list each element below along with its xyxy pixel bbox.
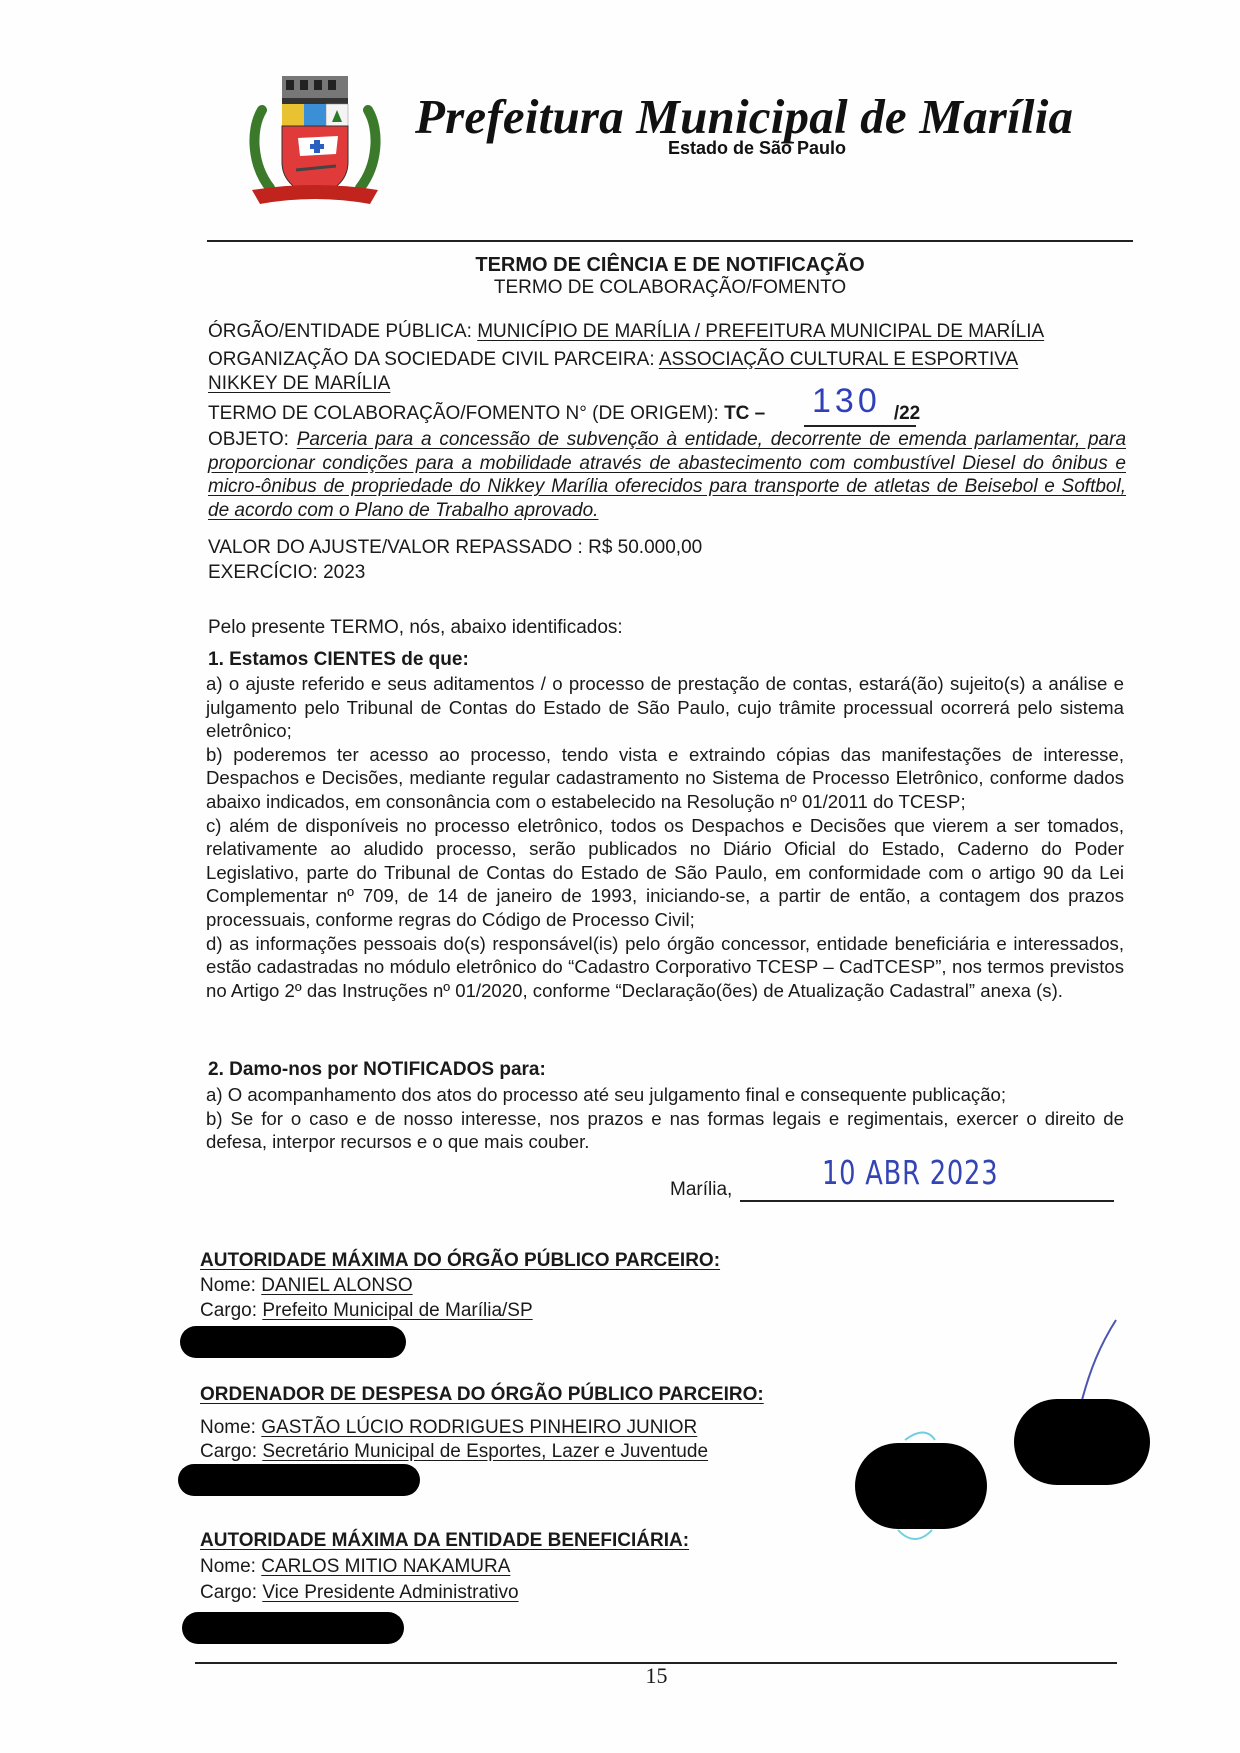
redaction-blob: [855, 1443, 987, 1529]
redaction-blob: [1014, 1399, 1150, 1485]
signature-strokes: [0, 0, 1240, 1753]
document-page: Prefeitura Municipal de Marília Estado d…: [0, 0, 1240, 1753]
page-number: 15: [0, 1663, 1240, 1689]
